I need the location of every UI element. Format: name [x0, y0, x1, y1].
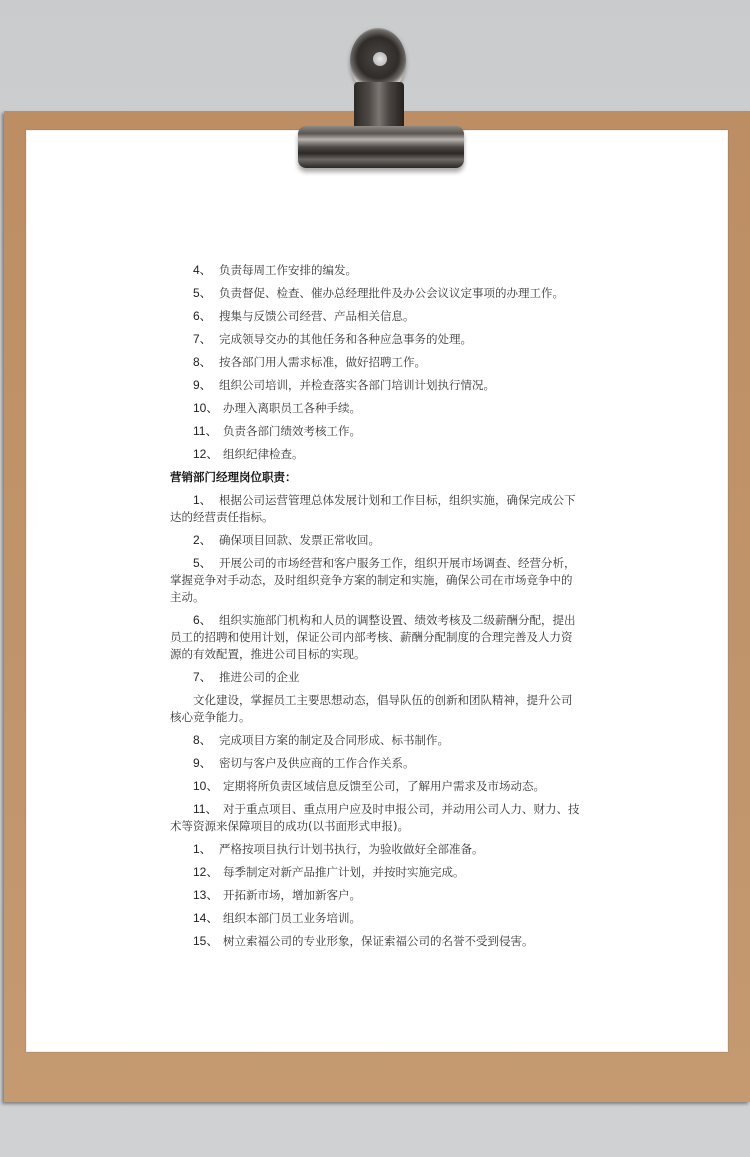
item-number: 12、 — [193, 864, 223, 881]
item-text: 负责每周工作安排的编发。 — [219, 263, 357, 277]
list-item: 11、负责各部门绩效考核工作。 — [170, 423, 580, 440]
item-number: 14、 — [193, 910, 223, 927]
item-number: 6、 — [193, 612, 219, 629]
item-text: 严格按项目执行计划书执行，为验收做好全部准备。 — [219, 842, 484, 856]
marketing-duties-list: 1、根据公司运营管理总体发展计划和工作目标，组织实施，确保完成公下达的经营责任指… — [170, 492, 580, 950]
item-text: 开拓新市场，增加新客户。 — [223, 888, 361, 902]
item-number: 8、 — [193, 354, 219, 371]
continuation-paragraph: 文化建设，掌握员工主要思想动态，倡导队伍的创新和团队精神，提升公司核心竞争能力。 — [170, 692, 580, 726]
item-text: 完成领导交办的其他任务和各种应急事务的处理。 — [219, 332, 472, 346]
item-number: 9、 — [193, 377, 219, 394]
list-item: 13、开拓新市场，增加新客户。 — [170, 887, 580, 904]
list-item: 1、严格按项目执行计划书执行，为验收做好全部准备。 — [170, 841, 580, 858]
section-heading: 营销部门经理岗位职责： — [170, 469, 580, 486]
list-item: 8、完成项目方案的制定及合同形成、标书制作。 — [170, 732, 580, 749]
list-item: 5、负责督促、检查、催办总经理批件及办公会议议定事项的办理工作。 — [170, 285, 580, 302]
list-item: 5、开展公司的市场经营和客户服务工作，组织开展市场调查、经营分析，掌握竞争对手动… — [170, 555, 580, 606]
list-item: 11、对于重点项目、重点用户应及时申报公司，并动用公司人力、财力、技术等资源来保… — [170, 801, 580, 835]
item-number: 5、 — [193, 285, 219, 302]
item-number: 2、 — [193, 532, 219, 549]
item-text: 负责督促、检查、催办总经理批件及办公会议议定事项的办理工作。 — [219, 286, 564, 300]
item-text: 每季制定对新产品推广计划，并按时实施完成。 — [223, 865, 465, 879]
item-number: 12、 — [193, 446, 223, 463]
item-number: 1、 — [193, 492, 219, 509]
item-number: 9、 — [193, 755, 219, 772]
item-number: 10、 — [193, 778, 223, 795]
item-text: 组织实施部门机构和人员的调整设置、绩效考核及二级薪酬分配，提出员工的招聘和使用计… — [170, 613, 576, 661]
list-item: 1、根据公司运营管理总体发展计划和工作目标，组织实施，确保完成公下达的经营责任指… — [170, 492, 580, 526]
list-item: 7、完成领导交办的其他任务和各种应急事务的处理。 — [170, 331, 580, 348]
item-text: 根据公司运营管理总体发展计划和工作目标，组织实施，确保完成公下达的经营责任指标。 — [170, 493, 576, 524]
item-text: 密切与客户及供应商的工作合作关系。 — [219, 756, 415, 770]
item-number: 1、 — [193, 841, 219, 858]
item-text: 完成项目方案的制定及合同形成、标书制作。 — [219, 733, 449, 747]
list-item: 6、搜集与反馈公司经营、产品相关信息。 — [170, 308, 580, 325]
list-item: 9、密切与客户及供应商的工作合作关系。 — [170, 755, 580, 772]
item-text: 树立索福公司的专业形象，保证索福公司的名誉不受到侵害。 — [223, 934, 534, 948]
item-text: 按各部门用人需求标准，做好招聘工作。 — [219, 355, 426, 369]
clip-hole — [373, 52, 387, 66]
item-text: 办理入离职员工各种手续。 — [223, 401, 361, 415]
item-number: 13、 — [193, 887, 223, 904]
item-number: 10、 — [193, 400, 223, 417]
list-item: 7、推进公司的企业 — [170, 669, 580, 686]
item-number: 7、 — [193, 669, 219, 686]
item-number: 4、 — [193, 262, 219, 279]
binder-clip-icon — [292, 22, 472, 172]
item-text: 组织纪律检查。 — [223, 447, 304, 461]
item-number: 11、 — [193, 423, 223, 440]
clip-bar — [298, 126, 464, 168]
list-item: 14、组织本部门员工业务培训。 — [170, 910, 580, 927]
item-text: 定期将所负责区域信息反馈至公司，了解用户需求及市场动态。 — [223, 779, 545, 793]
list-item: 6、组织实施部门机构和人员的调整设置、绩效考核及二级薪酬分配，提出员工的招聘和使… — [170, 612, 580, 663]
item-number: 15、 — [193, 933, 223, 950]
list-item: 15、树立索福公司的专业形象，保证索福公司的名誉不受到侵害。 — [170, 933, 580, 950]
document-content: 4、负责每周工作安排的编发。 5、负责督促、检查、催办总经理批件及办公会议议定事… — [170, 262, 580, 956]
item-text: 开展公司的市场经营和客户服务工作，组织开展市场调查、经营分析，掌握竞争对手动态，… — [170, 556, 576, 604]
item-number: 7、 — [193, 331, 219, 348]
list-item: 4、负责每周工作安排的编发。 — [170, 262, 580, 279]
list-item: 8、按各部门用人需求标准，做好招聘工作。 — [170, 354, 580, 371]
list-item: 12、组织纪律检查。 — [170, 446, 580, 463]
item-text: 负责各部门绩效考核工作。 — [223, 424, 361, 438]
item-number: 6、 — [193, 308, 219, 325]
list-item: 12、每季制定对新产品推广计划，并按时实施完成。 — [170, 864, 580, 881]
item-text: 搜集与反馈公司经营、产品相关信息。 — [219, 309, 415, 323]
item-text: 对于重点项目、重点用户应及时申报公司，并动用公司人力、财力、技术等资源来保障项目… — [170, 802, 580, 833]
admin-duties-list: 4、负责每周工作安排的编发。 5、负责督促、检查、催办总经理批件及办公会议议定事… — [170, 262, 580, 463]
list-item: 2、确保项目回款、发票正常收回。 — [170, 532, 580, 549]
item-text: 组织公司培训，并检查落实各部门培训计划执行情况。 — [219, 378, 495, 392]
item-number: 8、 — [193, 732, 219, 749]
item-text: 推进公司的企业 — [219, 670, 300, 684]
list-item: 10、定期将所负责区域信息反馈至公司，了解用户需求及市场动态。 — [170, 778, 580, 795]
list-item: 9、组织公司培训，并检查落实各部门培训计划执行情况。 — [170, 377, 580, 394]
item-number: 5、 — [193, 555, 219, 572]
item-number: 11、 — [193, 801, 223, 818]
item-text: 组织本部门员工业务培训。 — [223, 911, 361, 925]
list-item: 10、办理入离职员工各种手续。 — [170, 400, 580, 417]
item-text: 确保项目回款、发票正常收回。 — [219, 533, 380, 547]
